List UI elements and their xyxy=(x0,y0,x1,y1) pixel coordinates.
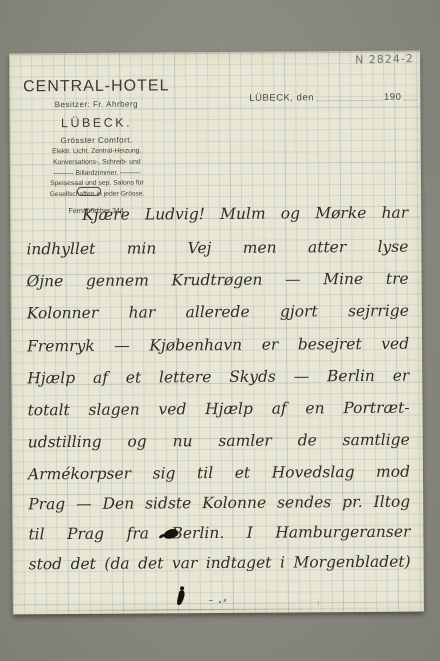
hotel-city: LÜBECK. xyxy=(15,115,177,130)
handwritten-line: Hjælp af et lettere Skyds — Berlin er xyxy=(27,367,409,388)
small-box-mark xyxy=(77,187,101,196)
date-year-prefix: 190 xyxy=(384,92,401,103)
ink-blot xyxy=(176,590,185,606)
handwritten-line: Prag — Den sidste Kolonne sendes pr. Ilt… xyxy=(28,493,410,514)
printed-date-line: LÜBECK, den 190 xyxy=(249,92,419,104)
ink-speck xyxy=(223,599,226,602)
ink-speck xyxy=(219,601,221,603)
handwritten-line: til Prag fra Berlin. I Hamburgeranser xyxy=(28,523,410,544)
hotel-name: CENTRAL-HOTEL xyxy=(15,77,177,96)
date-place-label: LÜBECK, den xyxy=(249,92,314,103)
hotel-feature-line: Konversations-, Schreib- und xyxy=(16,158,178,167)
ink-speck xyxy=(318,601,319,605)
handwritten-line: indhyllet min Vej men atter lyse xyxy=(26,238,408,259)
hotel-comfort-line: Grösster Comfort. xyxy=(16,135,178,145)
handwritten-line: totalt slagen ved Hjælp af en Portræt- xyxy=(27,399,409,420)
paper-crease xyxy=(13,608,424,612)
handwritten-line: Kjære Ludvig! Mulm og Mørke har xyxy=(26,204,408,225)
handwritten-line: Kolonner har allerede gjort sejrrige xyxy=(27,302,409,323)
handwritten-line: stod det (da det var indtaget i Morgenbl… xyxy=(29,553,411,574)
letter-page: N 2824-2 CENTRAL-HOTEL Besitzer: Fr. Ahr… xyxy=(9,51,424,615)
photo-background: N 2824-2 CENTRAL-HOTEL Besitzer: Fr. Ahr… xyxy=(0,0,440,661)
hotel-owner-line: Besitzer: Fr. Ahrberg xyxy=(15,99,177,109)
hotel-feature-line: Elektr. Licht. Zentral-Heizung. xyxy=(16,147,178,156)
hotel-feature-line: ——— Billardzimmer. ——— xyxy=(16,169,178,178)
handwritten-line: Armékorpser sig til et Hovedslag mod xyxy=(28,463,410,484)
handwritten-line: Fremryk — Kjøbenhavn er besejret ved xyxy=(27,335,409,356)
date-dotted-rule xyxy=(403,99,417,101)
handwritten-line: udstilling og nu samler de samtlige xyxy=(28,431,410,452)
date-dotted-rule xyxy=(316,99,382,101)
ink-speck xyxy=(209,600,213,601)
archive-number-annotation: N 2824-2 xyxy=(355,52,414,66)
handwritten-line: Øjne gennem Krudtrøgen — Mine tre xyxy=(27,270,409,291)
